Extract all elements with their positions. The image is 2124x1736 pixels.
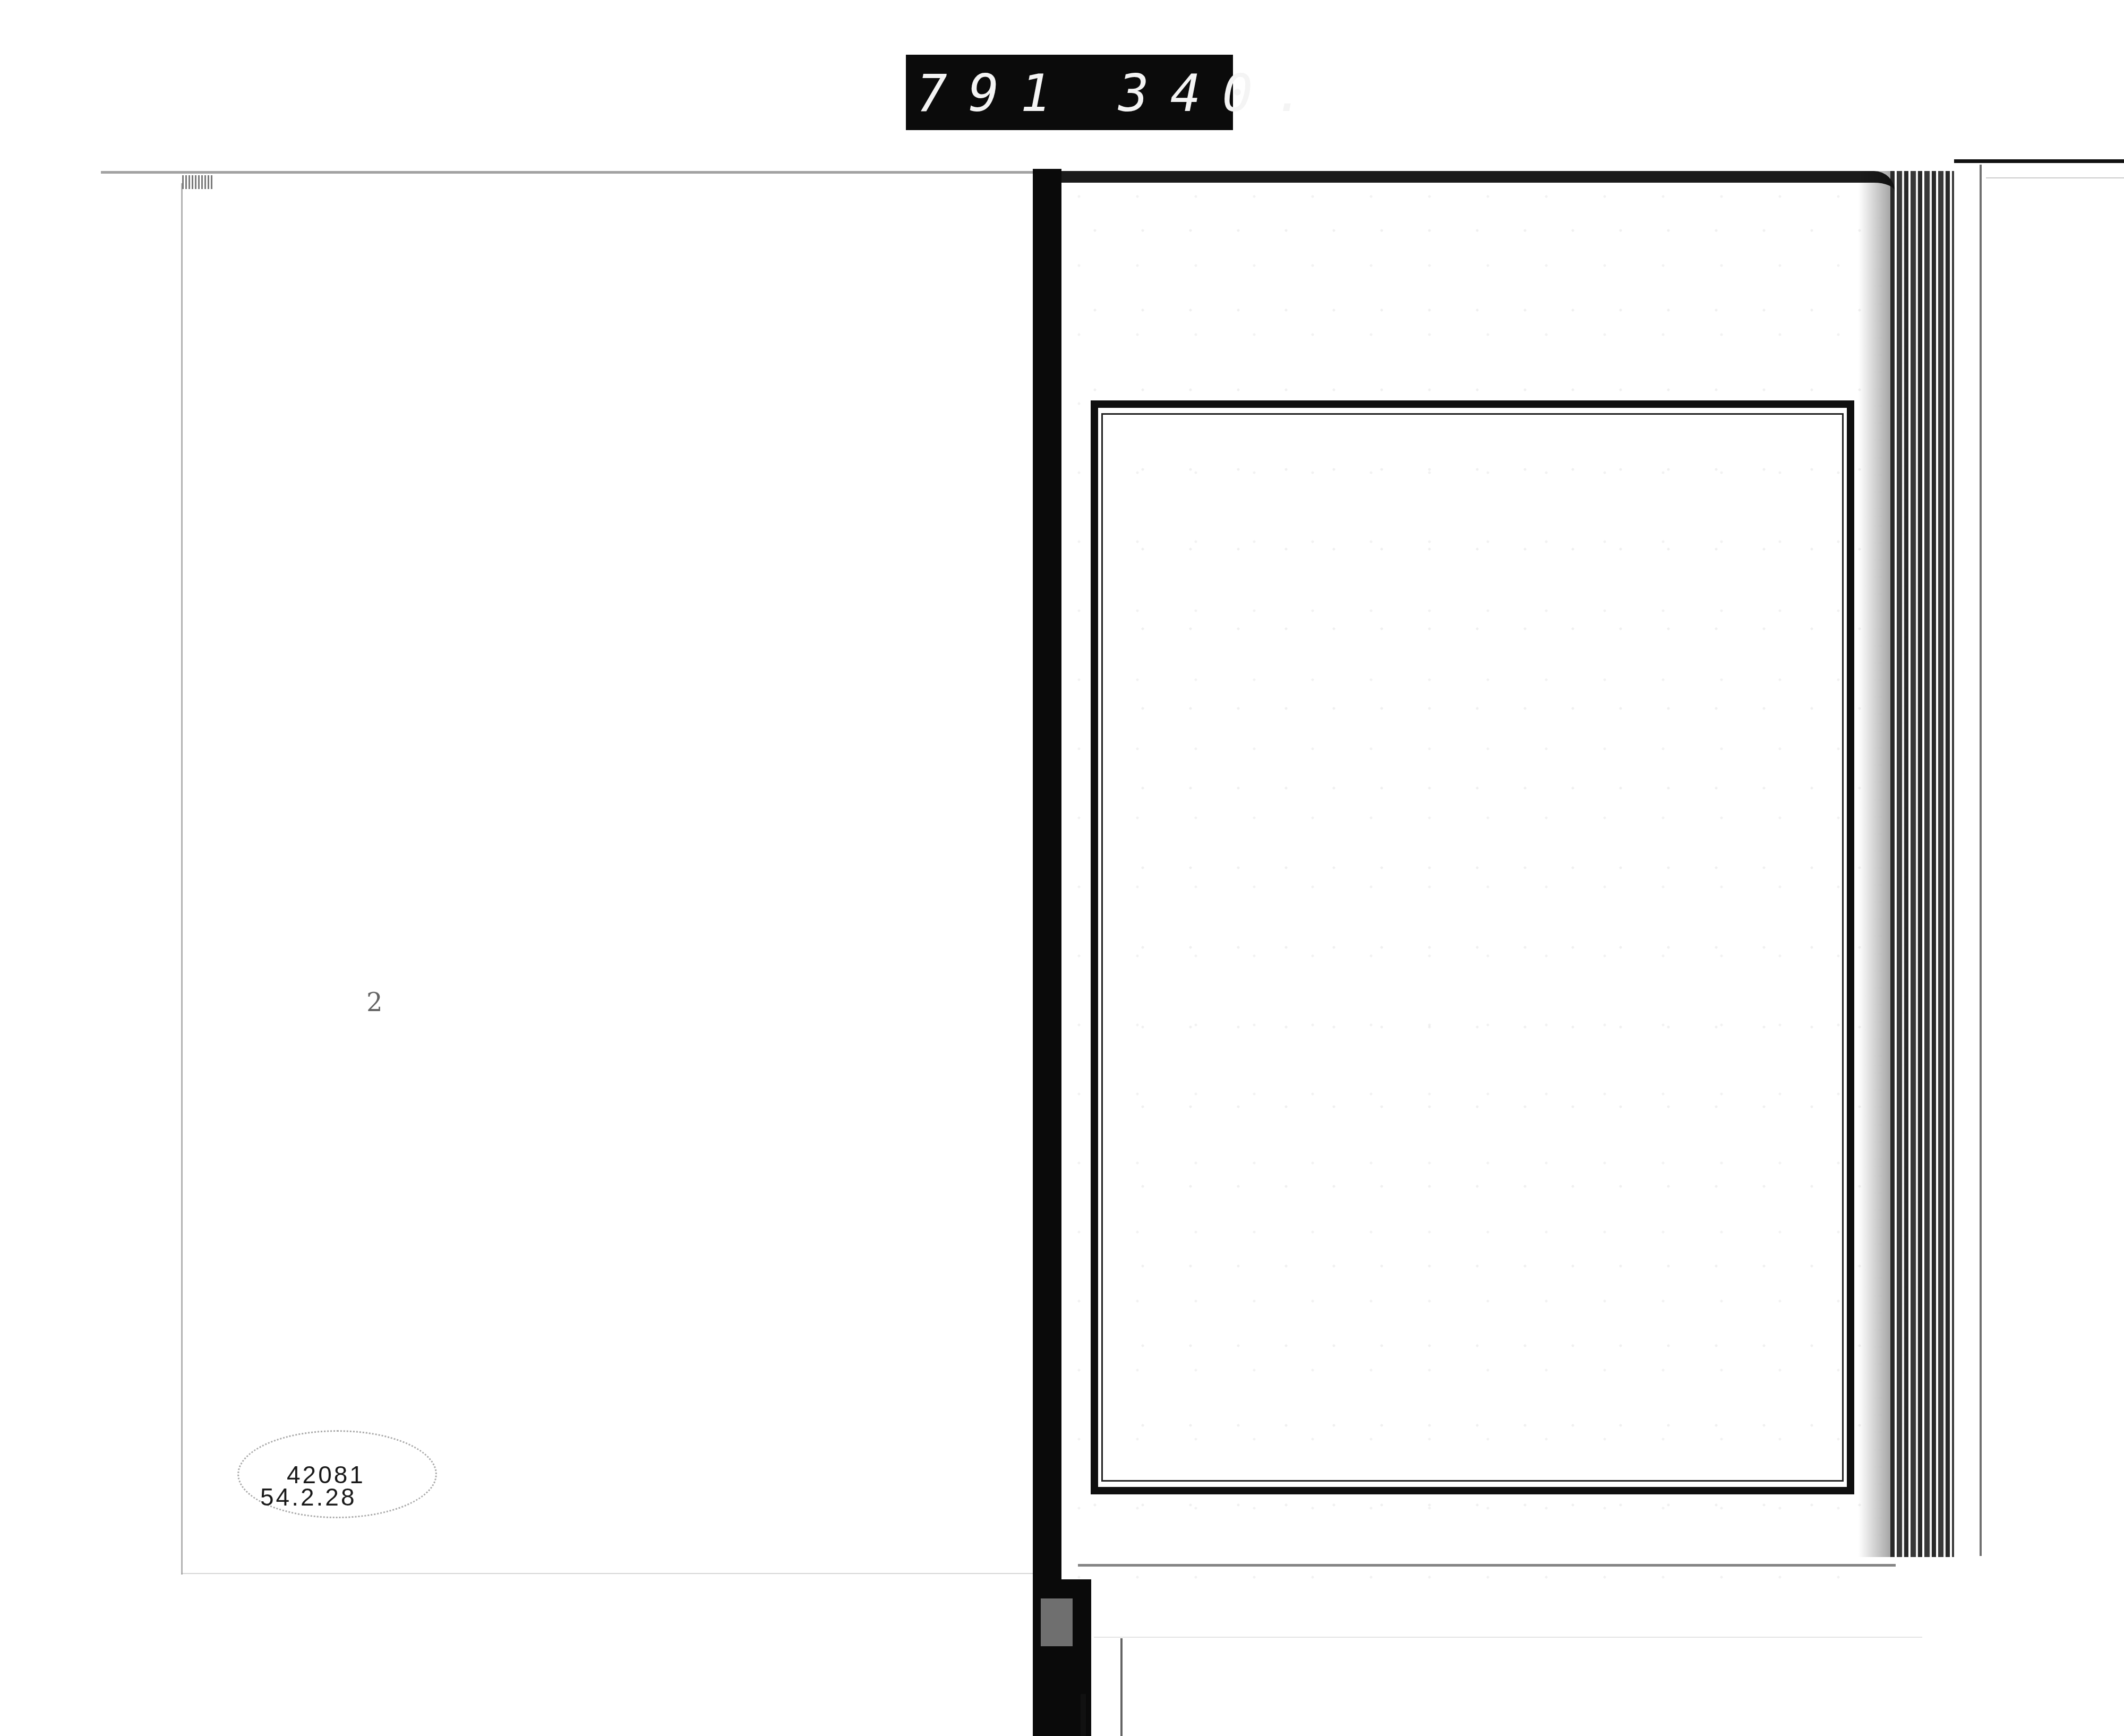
bottom-sheet-edge [1120,1638,1123,1736]
left-page-corner-speck [182,175,214,189]
cover-bottom-edge [1078,1564,1896,1567]
book-spine [1033,169,1061,1736]
cover-inner-rule [1101,413,1844,1482]
accession-stamp: 42081 54.2.28 [237,1430,437,1518]
page-stack-shadow [1858,171,1890,1557]
bottom-sheet-rule [1094,1637,1922,1638]
call-number-label: 791 340. [906,55,1233,130]
right-sheet-top-rule [1986,177,2124,178]
call-number-part-1: 791 [917,70,1072,117]
cover-title-frame [1091,400,1854,1494]
page-stack-edges [1890,171,1954,1557]
top-sheet-rule [1954,159,2124,163]
left-page-top-edge [101,171,1035,174]
left-page-bottom-edge [181,1573,1036,1574]
right-sheet-edge [1980,165,1982,1556]
accession-date: 54.2.28 [260,1485,356,1509]
spine-edge-rule [1081,1694,1086,1736]
handwritten-mark: 2 [366,988,383,1017]
spine-worn-patch [1041,1598,1073,1646]
left-page-edge [181,183,183,1575]
call-number-part-2: 340. [1118,70,1326,117]
